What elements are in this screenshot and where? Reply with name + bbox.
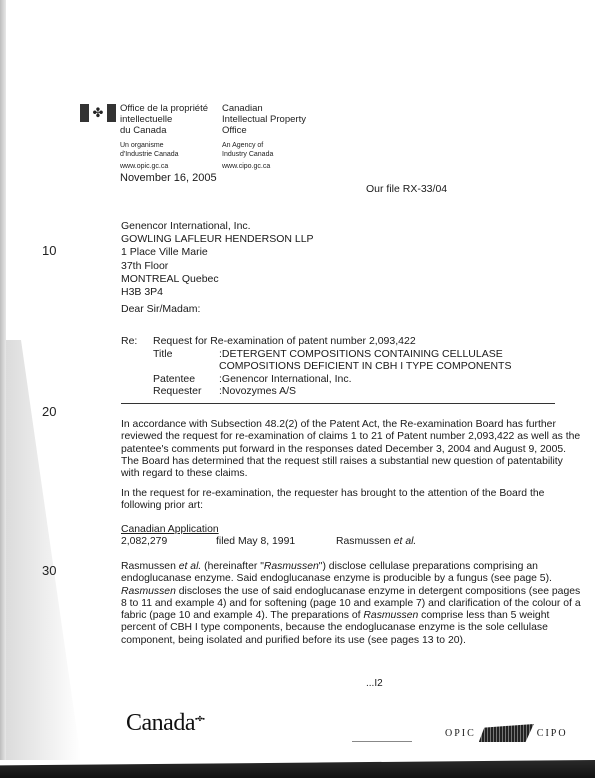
office-name-fr-3: du Canada bbox=[120, 125, 208, 136]
re-field-label: Title bbox=[153, 348, 219, 361]
address-line: GOWLING LAFLEUR HENDERSON LLP bbox=[121, 233, 314, 246]
divider-rule bbox=[121, 403, 555, 404]
binding-edge bbox=[0, 0, 6, 760]
line-number-10: 10 bbox=[42, 243, 56, 258]
re-subject: Request for Re-examination of patent num… bbox=[153, 335, 416, 348]
re-field-value: :DETERGENT COMPOSITIONS CONTAINING CELLU… bbox=[219, 348, 503, 361]
continuation-page-marker: ...I2 bbox=[366, 678, 383, 689]
signature-line bbox=[352, 741, 412, 742]
letter-page: 10 20 30 ✤ Office de la propriété intell… bbox=[0, 0, 595, 778]
salutation: Dear Sir/Madam: bbox=[121, 303, 200, 315]
agency-fr-2: d'Industrie Canada bbox=[120, 150, 208, 159]
addressee-block: Genencor International, Inc. GOWLING LAF… bbox=[121, 220, 314, 299]
prior-art-filed: filed May 8, 1991 bbox=[216, 536, 336, 548]
re-field-label: Patentee bbox=[153, 373, 219, 386]
url-en: www.cipo.gc.ca bbox=[222, 162, 306, 171]
paragraph-determination: In accordance with Subsection 48.2(2) of… bbox=[121, 419, 581, 480]
address-line: 1 Place Ville Marie bbox=[121, 246, 314, 259]
office-name-en-1: Canadian bbox=[222, 103, 306, 114]
opic-cipo-logo: OPIC CIPO bbox=[445, 724, 568, 742]
cipo-label: CIPO bbox=[537, 728, 568, 739]
letter-date: November 16, 2005 bbox=[120, 172, 217, 184]
line-number-20: 20 bbox=[42, 404, 56, 419]
line-number-30: 30 bbox=[42, 563, 56, 578]
letterhead-english: Canadian Intellectual Property Office An… bbox=[222, 103, 306, 171]
re-label: Re: bbox=[121, 335, 153, 348]
re-field-label bbox=[153, 360, 219, 373]
re-field-label: Requester bbox=[153, 385, 219, 398]
office-name-fr-2: intellectuelle bbox=[120, 114, 208, 125]
address-line: MONTREAL Quebec bbox=[121, 273, 314, 286]
prior-art-heading: Canadian Application bbox=[121, 524, 416, 536]
address-line: 37th Floor bbox=[121, 260, 314, 273]
agency-en-2: Industry Canada bbox=[222, 150, 306, 159]
file-reference: Our file RX-33/04 bbox=[366, 183, 447, 195]
re-block: Re: Request for Re-examination of patent… bbox=[121, 335, 511, 398]
prior-art-citation: Canadian Application 2,082,279 filed May… bbox=[121, 524, 416, 549]
agency-fr-1: Un organisme bbox=[120, 141, 208, 150]
office-name-en-3: Office bbox=[222, 125, 306, 136]
prior-art-author: Rasmussen et al. bbox=[336, 536, 416, 548]
url-fr: www.opic.gc.ca bbox=[120, 162, 208, 171]
address-line: H3B 3P4 bbox=[121, 286, 314, 299]
paragraph-prior-art-intro: In the request for re-examination, the r… bbox=[121, 488, 581, 513]
office-name-en-2: Intellectual Property bbox=[222, 114, 306, 125]
letterhead-french: Office de la propriété intellectuelle du… bbox=[120, 103, 208, 171]
prior-art-number: 2,082,279 bbox=[121, 536, 216, 548]
cipo-emblem-icon bbox=[479, 724, 534, 742]
address-line: Genencor International, Inc. bbox=[121, 220, 314, 233]
re-field-value: COMPOSITIONS DEFICIENT IN CBH I TYPE COM… bbox=[219, 360, 511, 373]
scan-edge bbox=[0, 760, 595, 778]
canada-wordmark: Canada▪✤▪ bbox=[126, 710, 204, 737]
opic-label: OPIC bbox=[445, 728, 476, 739]
scan-shadow bbox=[6, 340, 81, 760]
paragraph-rasmussen: Rasmussen et al. (hereinafter "Rasmussen… bbox=[121, 561, 581, 647]
agency-en-1: An Agency of bbox=[222, 141, 306, 150]
re-field-value: :Genencor International, Inc. bbox=[219, 373, 352, 386]
canada-flag-icon: ✤ bbox=[80, 103, 116, 123]
office-name-fr-1: Office de la propriété bbox=[120, 103, 208, 114]
re-field-value: :Novozymes A/S bbox=[219, 385, 296, 398]
